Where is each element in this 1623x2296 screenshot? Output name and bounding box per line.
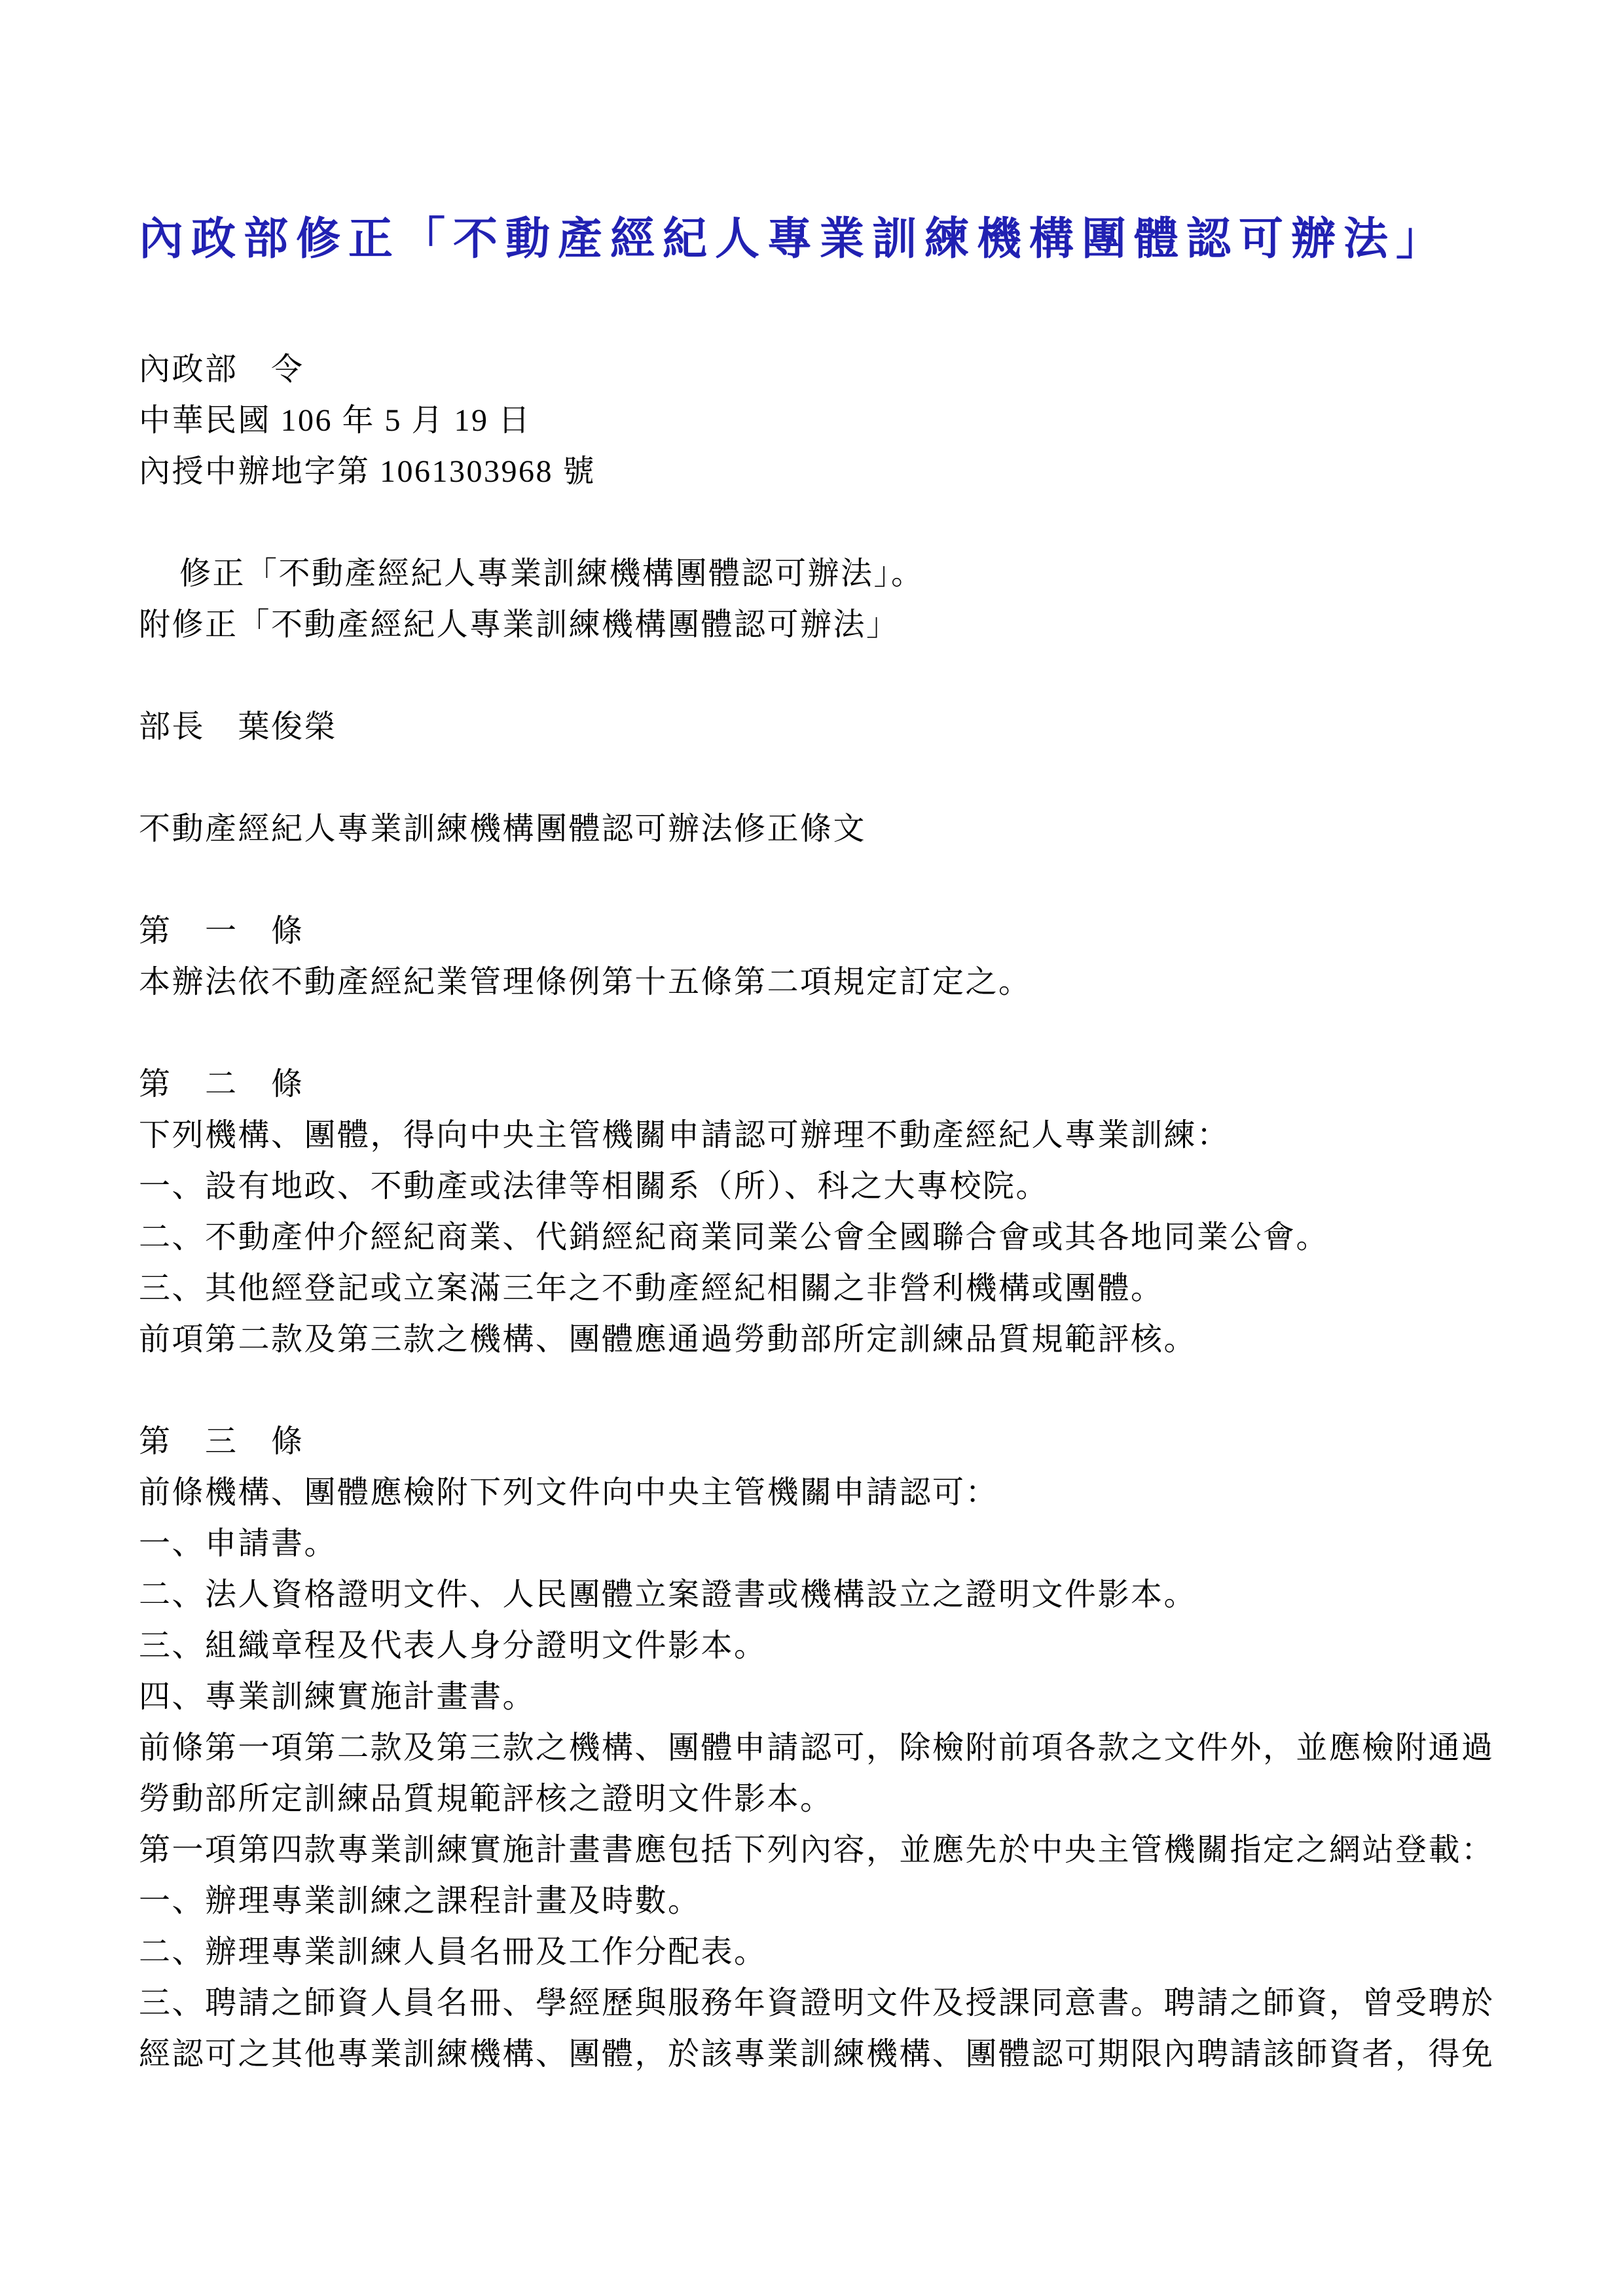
doc-line-article-1-heading: 第 一 條 xyxy=(139,906,1507,957)
paragraph-gap xyxy=(139,1008,1507,1059)
doc-line-article-3-item-1: 一、申請書。 xyxy=(139,1518,1507,1570)
doc-line-reference-number: 內授中辦地字第 1061303968 號 xyxy=(139,446,1507,497)
doc-line-article-3-para-2b: 勞動部所定訓練品質規範評核之證明文件影本。 xyxy=(139,1774,1507,1825)
doc-line-article-2-intro: 下列機構、團體，得向中央主管機關申請認可辦理不動產經紀人專業訓練： xyxy=(139,1110,1507,1161)
document-page: 內政部修正「不動產經紀人專業訓練機構團體認可辦法」 內政部 令 中華民國 106… xyxy=(0,0,1623,2296)
doc-line-amendment-statement: 修正「不動產經紀人專業訓練機構團體認可辦法」。 xyxy=(139,548,1507,600)
doc-line-article-3-intro: 前條機構、團體應檢附下列文件向中央主管機關申請認可： xyxy=(139,1467,1507,1518)
doc-line-article-3-plan-item-3b: 經認可之其他專業訓練機構、團體，於該專業訓練機構、團體認可期限內聘請該師資者，得… xyxy=(139,2029,1507,2080)
doc-line-regulation-heading: 不動產經紀人專業訓練機構團體認可辦法修正條文 xyxy=(139,804,1507,855)
doc-line-date: 中華民國 106 年 5 月 19 日 xyxy=(139,395,1507,446)
doc-line-article-2-item-2: 二、不動產仲介經紀商業、代銷經紀商業同業公會全國聯合會或其各地同業公會。 xyxy=(139,1212,1507,1263)
paragraph-gap xyxy=(139,1365,1507,1416)
doc-line-article-3-plan-item-2: 二、辦理專業訓練人員名冊及工作分配表。 xyxy=(139,1927,1507,1978)
doc-line-article-3-item-4: 四、專業訓練實施計畫書。 xyxy=(139,1672,1507,1723)
doc-line-article-3-para-3: 第一項第四款專業訓練實施計畫書應包括下列內容，並應先於中央主管機關指定之網站登載… xyxy=(139,1825,1507,1876)
paragraph-gap xyxy=(139,651,1507,702)
doc-line-article-3-para-2a: 前條第一項第二款及第三款之機構、團體申請認可，除檢附前項各款之文件外，並應檢附通… xyxy=(139,1723,1507,1774)
doc-line-article-2-item-1: 一、設有地政、不動產或法律等相關系（所）、科之大專校院。 xyxy=(139,1161,1507,1212)
paragraph-gap xyxy=(139,855,1507,906)
doc-line-attachment-statement: 附修正「不動產經紀人專業訓練機構團體認可辦法」 xyxy=(139,600,1507,651)
doc-line-article-3-item-2: 二、法人資格證明文件、人民團體立案證書或機構設立之證明文件影本。 xyxy=(139,1570,1507,1621)
doc-line-article-3-item-3: 三、組織章程及代表人身分證明文件影本。 xyxy=(139,1621,1507,1672)
doc-line-article-3-plan-item-3a: 三、聘請之師資人員名冊、學經歷與服務年資證明文件及授課同意書。聘請之師資，曾受聘… xyxy=(139,1978,1507,2029)
document-content: 內政部修正「不動產經紀人專業訓練機構團體認可辦法」 內政部 令 中華民國 106… xyxy=(139,208,1507,2080)
doc-line-article-3-plan-item-1: 一、辦理專業訓練之課程計畫及時數。 xyxy=(139,1876,1507,1927)
document-title: 內政部修正「不動產經紀人專業訓練機構團體認可辦法」 xyxy=(139,208,1507,270)
doc-line-minister-signature: 部長 葉俊榮 xyxy=(139,702,1507,753)
doc-line-article-2-heading: 第 二 條 xyxy=(139,1059,1507,1110)
doc-line-article-2-item-3: 三、其他經登記或立案滿三年之不動產經紀相關之非營利機構或團體。 xyxy=(139,1263,1507,1314)
doc-line-agency-order: 內政部 令 xyxy=(139,344,1507,395)
doc-line-article-1-body: 本辦法依不動產經紀業管理條例第十五條第二項規定訂定之。 xyxy=(139,957,1507,1008)
doc-line-article-2-proviso: 前項第二款及第三款之機構、團體應通過勞動部所定訓練品質規範評核。 xyxy=(139,1314,1507,1365)
paragraph-gap xyxy=(139,753,1507,804)
doc-line-article-3-heading: 第 三 條 xyxy=(139,1416,1507,1467)
paragraph-gap xyxy=(139,497,1507,548)
